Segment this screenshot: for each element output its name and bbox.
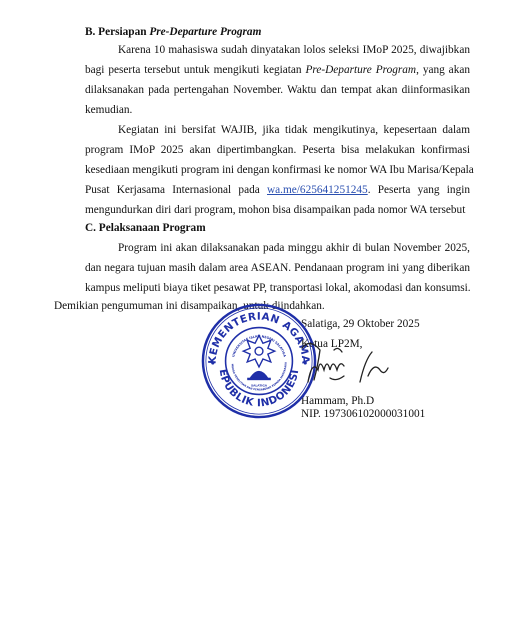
section-b-para2-line3: kesediaan mengikuti program ini dengan k… [85, 164, 470, 176]
section-b-para2-line2: program IMoP 2025 akan dipertimbangkan. … [85, 144, 470, 156]
section-c-para1-line3: kampus meliputi biaya tiket pesawat PP, … [85, 282, 470, 294]
section-b-para2-line1: Kegiatan ini bersifat WAJIB, jika tidak … [118, 124, 470, 136]
section-b-para1-line4: kemudian. [85, 104, 470, 116]
signatory-nip: NIP. 197306102000031001 [301, 408, 425, 420]
place-date: Salatiga, 29 Oktober 2025 [301, 318, 420, 330]
section-b-heading: B. Persiapan Pre-Departure Program [85, 26, 261, 38]
svg-text:SALATIGA: SALATIGA [251, 384, 268, 388]
text-span: , yang akan [416, 64, 470, 76]
italic-term: Pre-Departure Program [305, 64, 416, 76]
section-b-para1-line1: Karena 10 mahasiswa sudah dinyatakan lol… [118, 44, 470, 56]
section-c-para1-line2: dan negara tujuan masih dalam area ASEAN… [85, 262, 470, 274]
text-span: . Peserta yang ingin [368, 184, 470, 196]
section-c-heading: C. Pelaksanaan Program [85, 222, 206, 234]
whatsapp-link[interactable]: wa.me/625641251245 [267, 184, 368, 196]
section-b-heading-italic: Pre-Departure Program [149, 26, 261, 38]
svg-text:UNIVERSITAS ISLAM NEGERI SALAT: UNIVERSITAS ISLAM NEGERI SALATIGA [231, 334, 287, 358]
section-b-para2-line5: mengundurkan diri dari program, mohon bi… [85, 204, 470, 216]
section-b-para2-line4: Pusat Kerjasama Internasional pada wa.me… [85, 184, 470, 196]
section-b-para1-line3: dilaksanakan pada pertengahan November. … [85, 84, 470, 96]
section-b-heading-prefix: B. Persiapan [85, 26, 149, 38]
handwritten-signature-icon [300, 340, 410, 390]
document-page: B. Persiapan Pre-Departure Program Karen… [0, 0, 518, 642]
section-c-para1-line1: Program ini akan dilaksanakan pada mingg… [118, 242, 470, 254]
section-b-para1-line2: bagi peserta tersebut untuk mengikuti ke… [85, 64, 470, 76]
text-span: bagi peserta tersebut untuk mengikuti ke… [85, 64, 305, 76]
text-span: Pusat Kerjasama Internasional pada [85, 184, 267, 196]
